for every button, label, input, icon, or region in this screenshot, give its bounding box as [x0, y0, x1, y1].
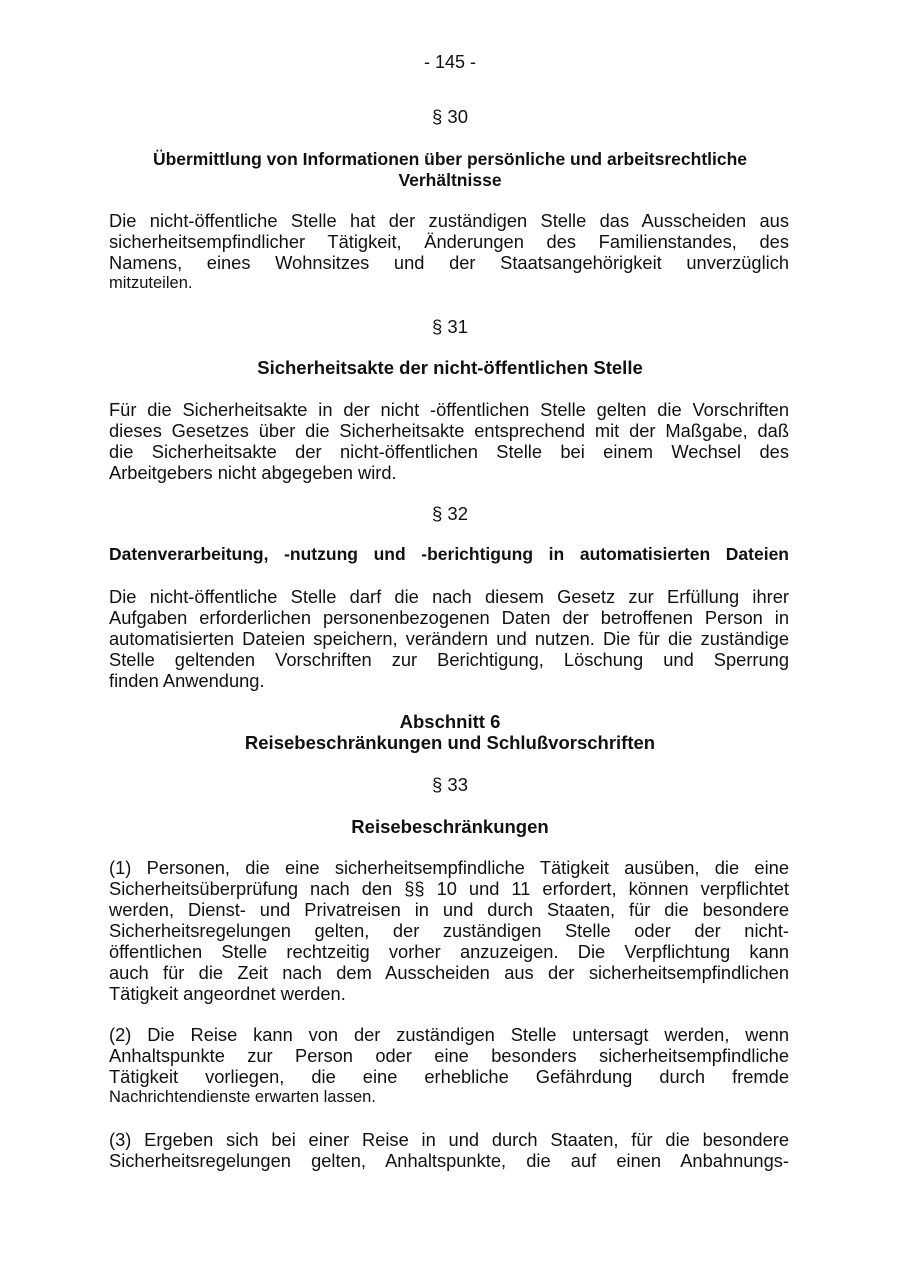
section-30-paragraph: Die nicht-öffentliche Stelle hat der zus…: [109, 210, 789, 294]
section-title-33: Reisebeschränkungen: [0, 816, 900, 837]
section-title-30: Übermittlung von Informationen über pers…: [0, 149, 900, 191]
section-33-paragraph-2: (2) Die Reise kann von der zuständigen S…: [109, 1024, 789, 1108]
section-title-line: Datenverarbeitung, -nutzung und -bericht…: [109, 544, 789, 564]
chapter-number: Abschnitt 6: [0, 711, 900, 732]
text-line: werden, Dienst- und Privatreisen in und …: [109, 899, 789, 920]
section-sign-32: § 32: [0, 503, 900, 525]
text-line: Die nicht-öffentliche Stelle darf die na…: [109, 586, 789, 607]
chapter-heading: Abschnitt 6 Reisebeschränkungen und Schl…: [0, 711, 900, 753]
text-line: Die nicht-öffentliche Stelle hat der zus…: [109, 210, 789, 231]
text-line: Nachrichtendienste erwarten lassen.: [109, 1087, 789, 1108]
text-line: Aufgaben erforderlichen personenbezogene…: [109, 607, 789, 628]
text-line: Tätigkeit vorliegen, die eine erhebliche…: [109, 1066, 789, 1087]
text-line: öffentlichen Stelle rechtzeitig vorher a…: [109, 941, 789, 962]
text-line: die Sicherheitsakte der nicht-öffentlich…: [109, 441, 789, 462]
page-number: - 145 -: [0, 52, 900, 73]
section-title-line: Reisebeschränkungen: [0, 816, 900, 837]
text-line: Für die Sicherheitsakte in der nicht -öf…: [109, 399, 789, 420]
text-line: Anhaltspunkte zur Person oder eine beson…: [109, 1045, 789, 1066]
section-33-paragraph-3: (3) Ergeben sich bei einer Reise in und …: [109, 1129, 789, 1171]
text-line: Stelle geltenden Vorschriften zur Berich…: [109, 649, 789, 670]
document-page: - 145 - § 30 Übermittlung von Informatio…: [0, 0, 900, 1273]
section-title-line: Übermittlung von Informationen über pers…: [0, 149, 900, 170]
section-33-paragraph-1: (1) Personen, die eine sicherheitsempfin…: [109, 857, 789, 1004]
text-line: Namens, eines Wohnsitzes und der Staatsa…: [109, 252, 789, 273]
text-line: (1) Personen, die eine sicherheitsempfin…: [109, 857, 789, 878]
section-sign-30: § 30: [0, 106, 900, 128]
text-line: Sicherheitsregelungen gelten, der zustän…: [109, 920, 789, 941]
text-line: dieses Gesetzes über die Sicherheitsakte…: [109, 420, 789, 441]
section-title-31: Sicherheitsakte der nicht-öffentlichen S…: [0, 357, 900, 378]
section-32-paragraph: Die nicht-öffentliche Stelle darf die na…: [109, 586, 789, 691]
section-sign-33: § 33: [0, 774, 900, 796]
text-line: auch für die Zeit nach dem Ausscheiden a…: [109, 962, 789, 983]
text-line: Arbeitgebers nicht abgegeben wird.: [109, 462, 789, 483]
section-title-32: Datenverarbeitung, -nutzung und -bericht…: [109, 544, 789, 565]
text-line: Sicherheitsüberprüfung nach den §§ 10 un…: [109, 878, 789, 899]
text-line: (3) Ergeben sich bei einer Reise in und …: [109, 1129, 789, 1150]
chapter-title: Reisebeschränkungen und Schlußvorschrift…: [0, 732, 900, 753]
text-line: finden Anwendung.: [109, 670, 789, 691]
text-line: Tätigkeit angeordnet werden.: [109, 983, 789, 1004]
text-line: sicherheitsempfindlicher Tätigkeit, Ände…: [109, 231, 789, 252]
text-line: automatisierten Dateien speichern, verän…: [109, 628, 789, 649]
section-sign-31: § 31: [0, 316, 900, 338]
section-title-line: Sicherheitsakte der nicht-öffentlichen S…: [0, 357, 900, 378]
section-31-paragraph: Für die Sicherheitsakte in der nicht -öf…: [109, 399, 789, 483]
text-line: (2) Die Reise kann von der zuständigen S…: [109, 1024, 789, 1045]
text-line: Sicherheitsregelungen gelten, Anhaltspun…: [109, 1150, 789, 1171]
text-line: mitzuteilen.: [109, 273, 789, 294]
section-title-line: Verhältnisse: [0, 170, 900, 191]
